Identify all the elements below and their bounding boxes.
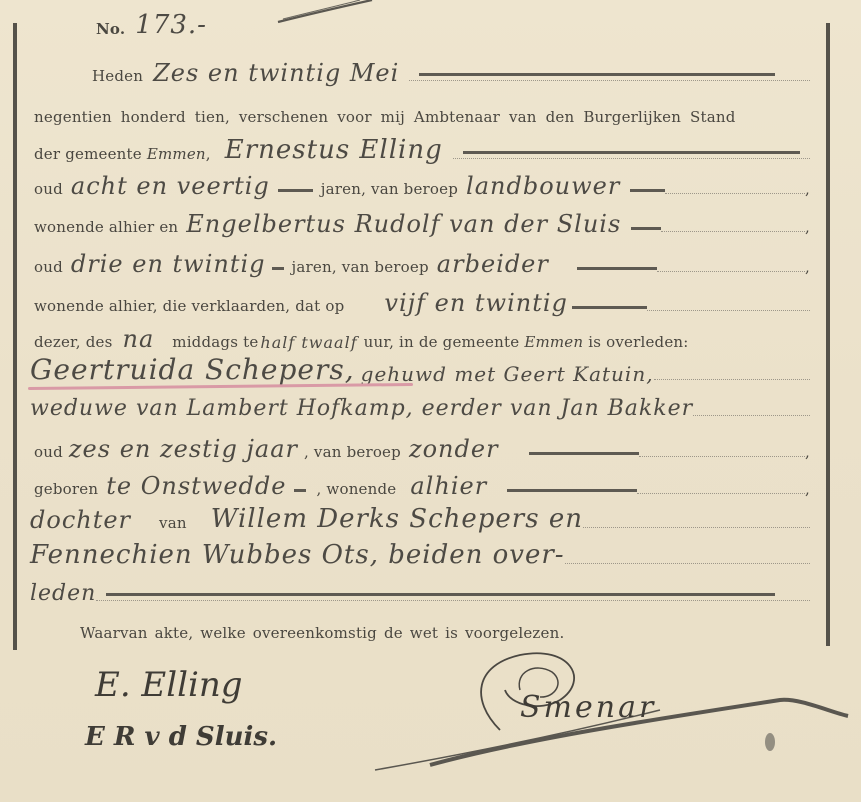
signature-registrar-flourish — [0, 0, 861, 802]
ink-blot — [765, 733, 775, 751]
signature-registrar: Smenar — [520, 690, 656, 725]
certificate-page: No. 173.- Heden Zes en twintig Mei negen… — [0, 0, 861, 802]
